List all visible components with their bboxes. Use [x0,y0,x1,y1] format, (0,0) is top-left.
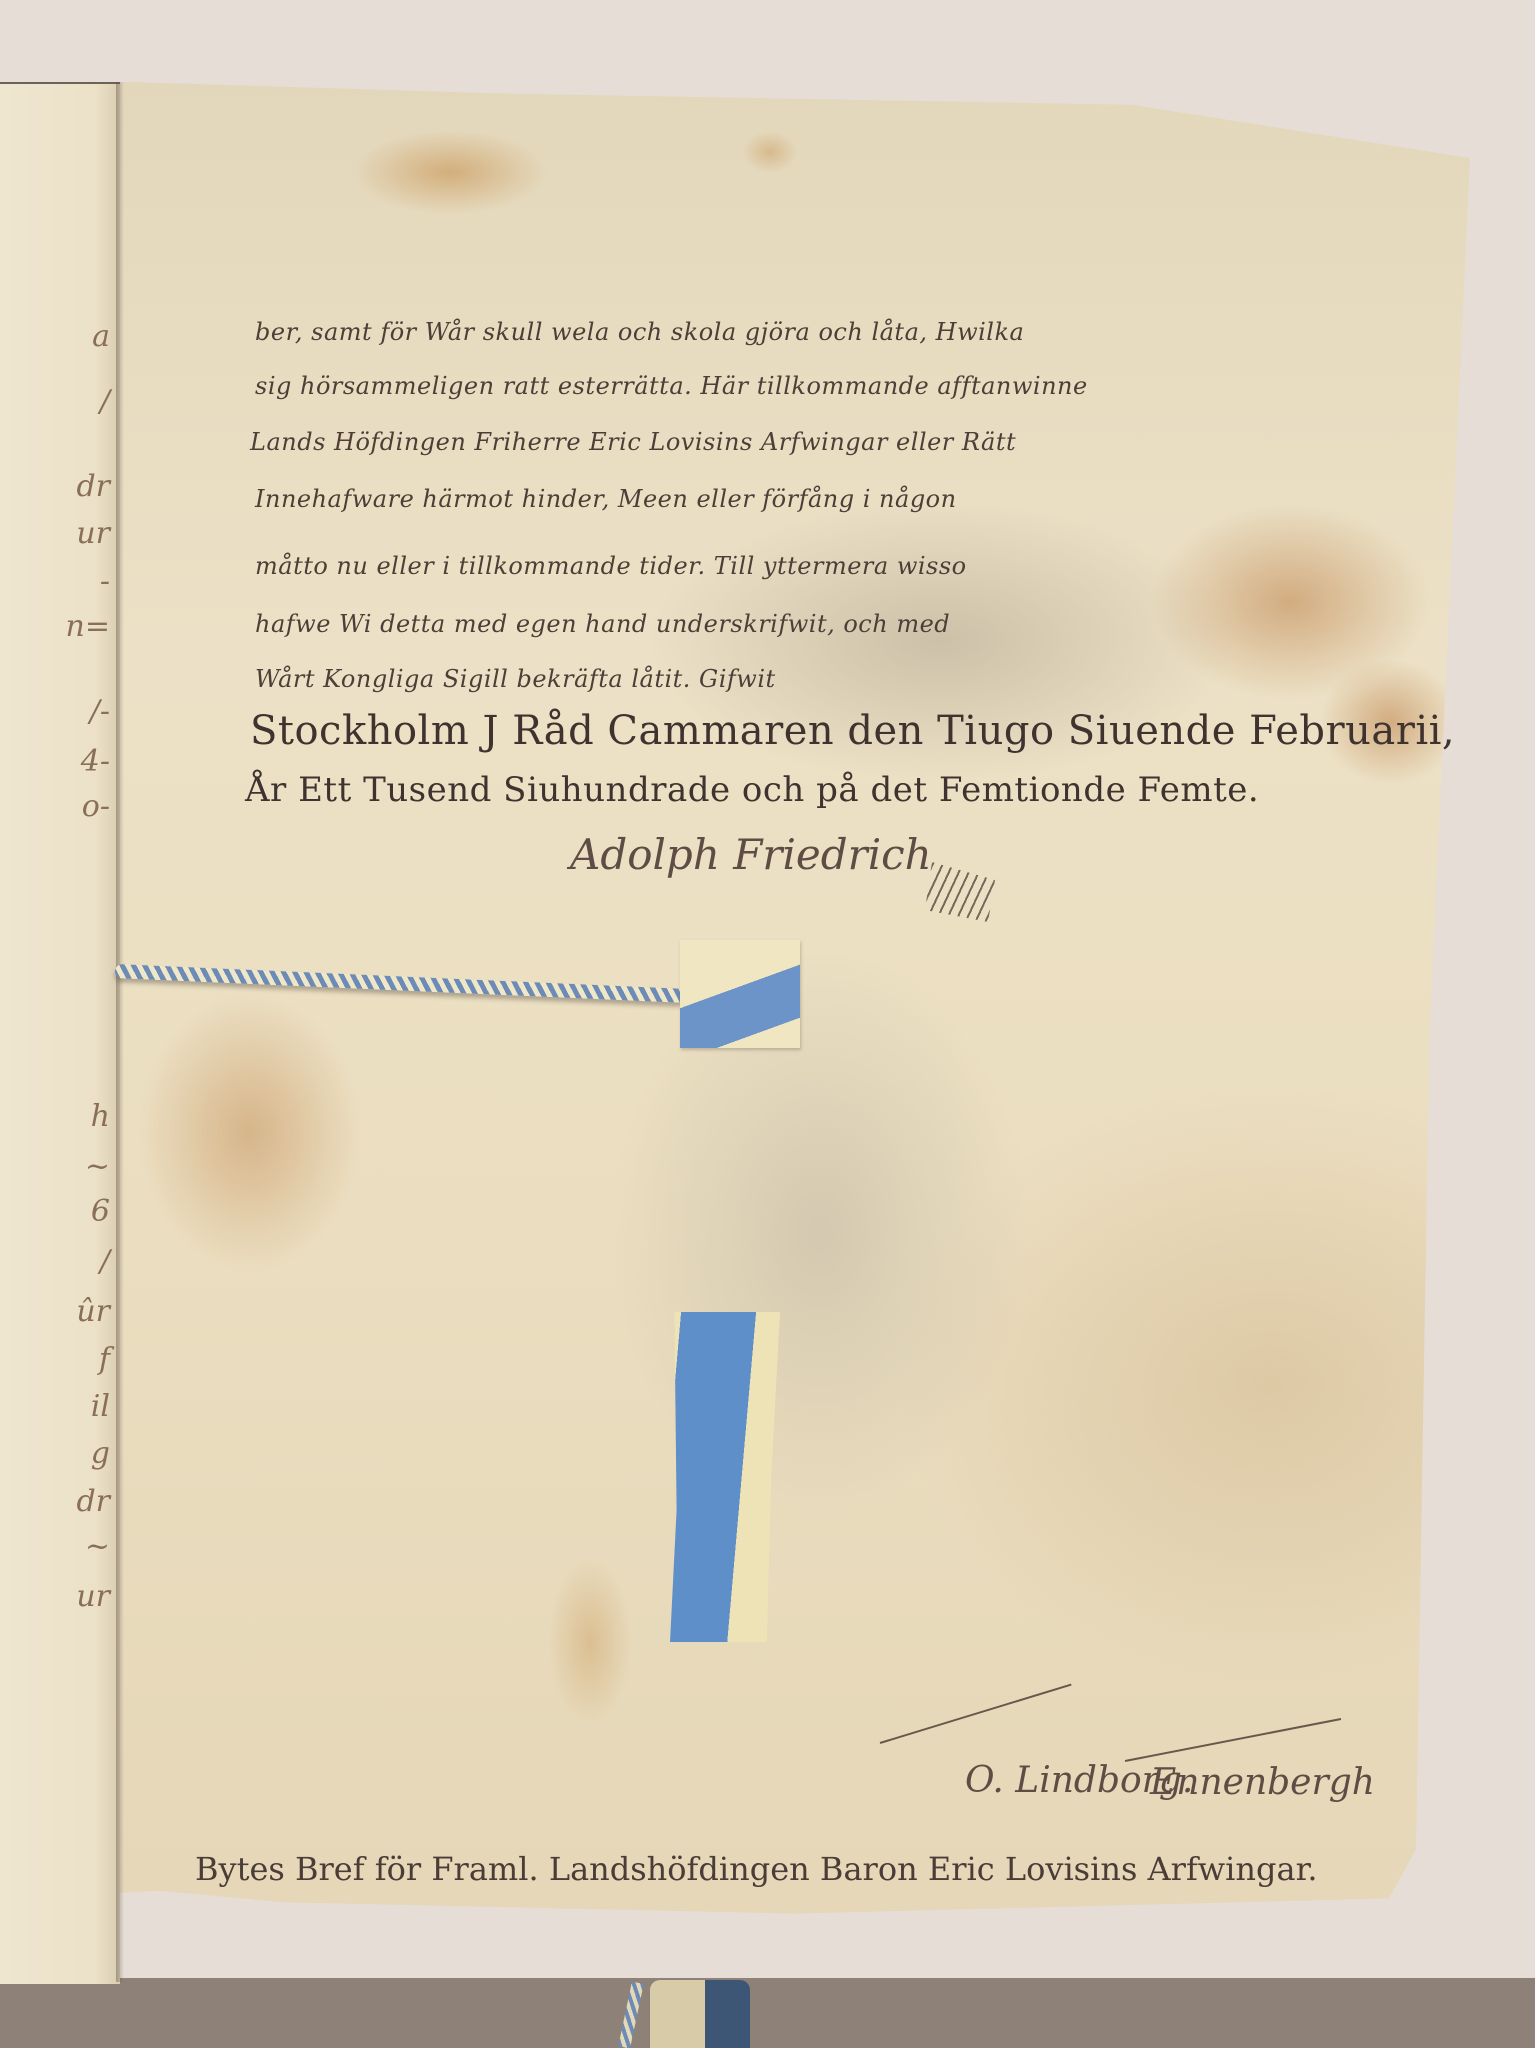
left-page-fragment: a [0,319,110,354]
body-line: Innehafware härmot hinder, Meen eller fö… [255,485,957,513]
royal-signature: Adolph Friedrich [570,830,932,879]
left-page-fragment: h [0,1099,110,1134]
left-page-fragment: ur [0,516,110,551]
left-page-fragment: 4- [0,744,110,779]
left-page-fragment: g [0,1436,110,1471]
body-line: Lands Höfdingen Friherre Eric Lovisins A… [250,428,1016,456]
body-line: måtto nu eller i tillkommande tider. Til… [255,552,967,580]
seal-ribbon-end [650,1980,750,2048]
left-page-fragment: / [0,1244,110,1279]
left-page-fragment: n= [0,609,110,644]
body-line: sig hörsammeligen ratt esterrätta. Här t… [255,372,1088,400]
left-page-fragment: - [0,564,110,599]
footer-endorsement: Bytes Bref för Framl. Landshöfdingen Bar… [195,1850,1318,1888]
left-page-fragment: 6 [0,1194,110,1229]
seal-ribbon [670,1312,780,1642]
body-line-year: År Ett Tusend Siuhundrade och på det Fem… [245,770,1259,810]
left-page-fragment: dr [0,469,110,504]
body-line: ber, samt för Wår skull wela och skola g… [255,318,1024,346]
left-page-fragment: ûr [0,1294,110,1329]
left-page-fragment: il [0,1389,110,1424]
left-page-fragment: /- [0,694,110,729]
left-page-fragment: ~ [0,1529,110,1564]
countersignature-ennenbergh: Ennenbergh [1150,1762,1375,1803]
left-page: a / dr ur - n= /- 4- o- h ~ 6 / ûr f il … [0,82,120,1984]
ribbon-knot [680,940,800,1048]
body-line-place-date: Stockholm J Råd Cammaren den Tiugo Siuen… [250,708,1455,754]
body-line: Wårt Kongliga Sigill bekräfta låtit. Gif… [255,665,776,693]
left-page-fragment: dr [0,1484,110,1519]
left-page-fragment: o- [0,789,110,824]
spine-shadow [116,82,124,1982]
table-surface [0,1978,1535,2048]
left-page-fragment: ~ [0,1149,110,1184]
left-page-fragment: ur [0,1579,110,1614]
body-line: hafwe Wi detta med egen hand underskrifw… [255,610,950,638]
left-page-fragment: f [0,1342,110,1377]
left-page-fragment: / [0,384,110,419]
